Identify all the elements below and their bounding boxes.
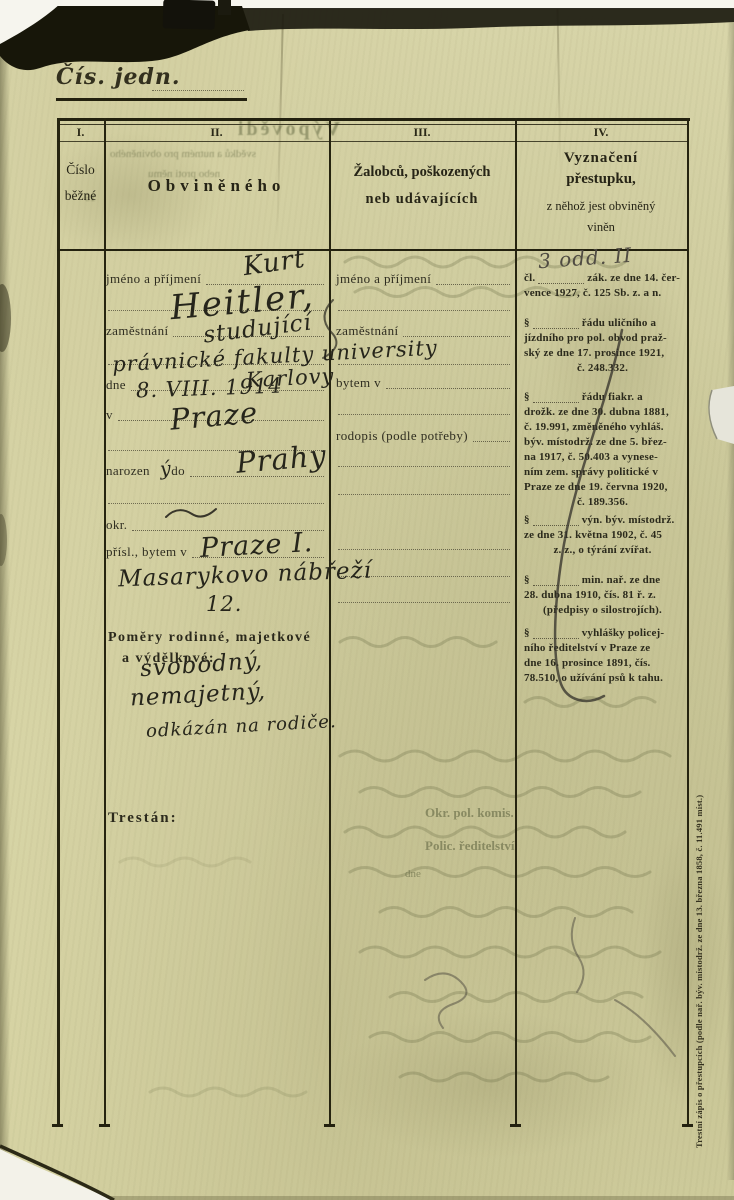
bleedthrough-stamp: Okr. pol. komis. bbox=[425, 805, 514, 821]
paper-stain bbox=[540, 240, 690, 460]
paper-stain bbox=[640, 830, 730, 1110]
right-edge-shadow bbox=[727, 20, 734, 1180]
bleedthrough-heading: Výpovědi bbox=[235, 118, 340, 141]
left-edge-shadow bbox=[0, 40, 10, 1160]
bleedthrough-stamp: dne bbox=[405, 868, 421, 880]
bleedthrough-year: 19 bbox=[84, 190, 96, 205]
bleedthrough-line: svědků a nutném pro obviněného bbox=[110, 148, 256, 160]
scanned-document-page: Výpovědi svědků a nutném pro obviněného … bbox=[0, 0, 734, 1200]
paper-stain bbox=[330, 1010, 650, 1160]
bleedthrough-line: nebo proti němu bbox=[148, 168, 220, 180]
bleedthrough-stamp: Polic. ředitelství bbox=[425, 838, 515, 854]
